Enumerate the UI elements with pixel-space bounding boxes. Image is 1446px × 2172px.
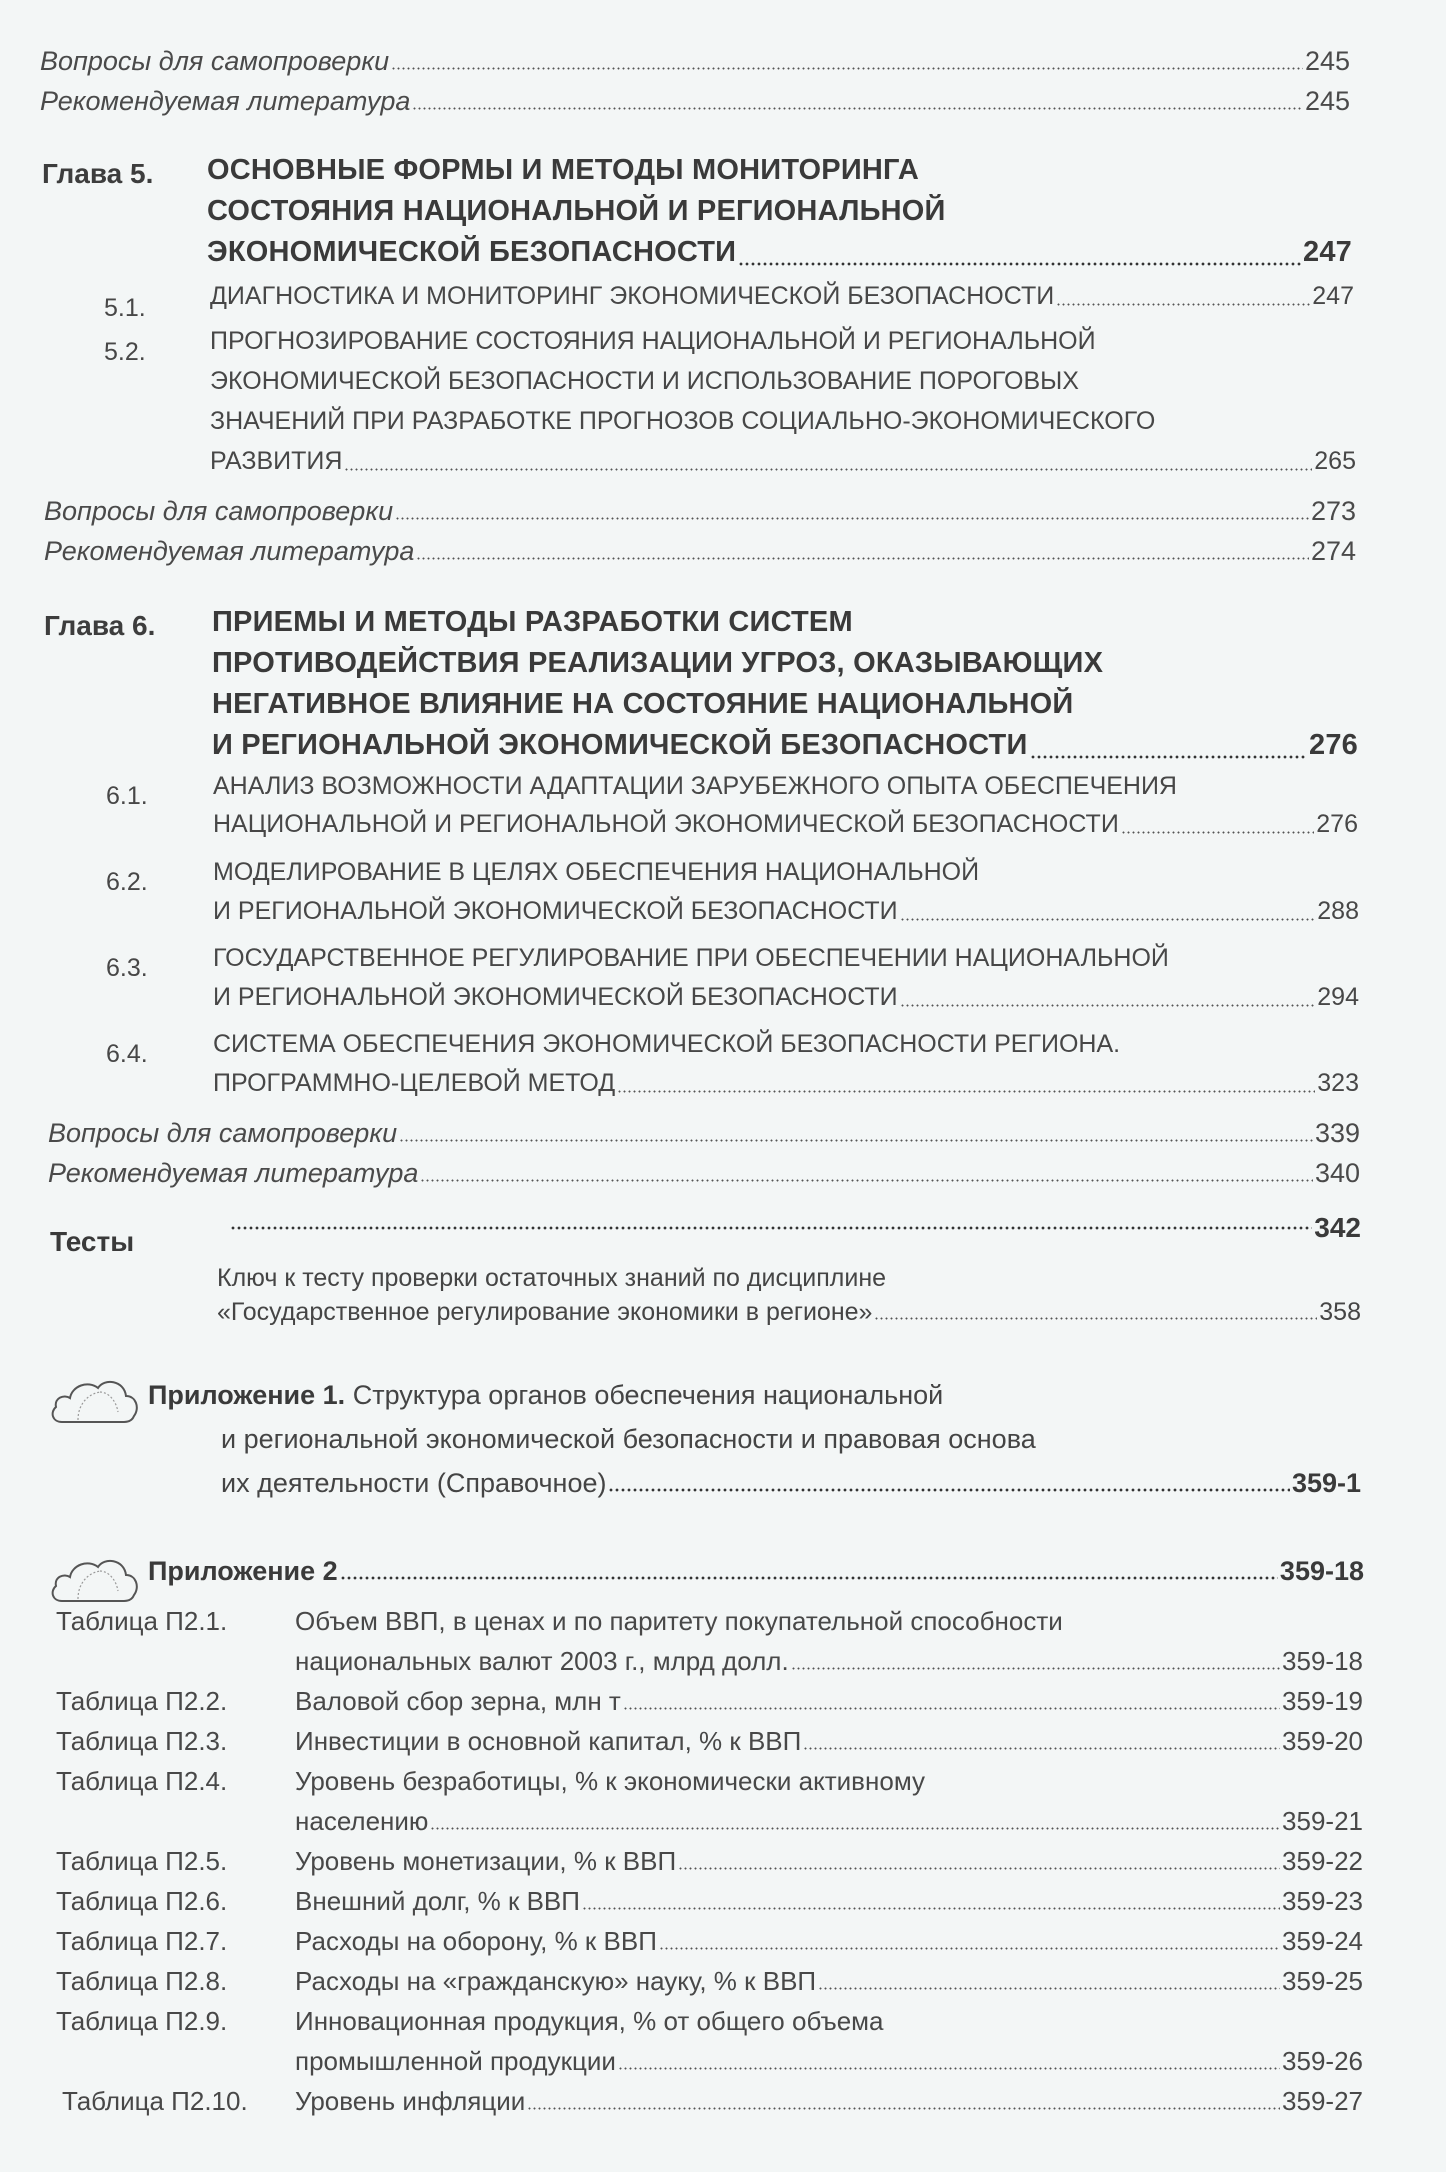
- entry-label: населению: [295, 1806, 428, 1837]
- section-6-4-line-2[interactable]: ПРОГРАММНО-ЦЕЛЕВОЙ МЕТОД 323: [213, 1067, 1359, 1100]
- entry-label: их деятельности (Справочное): [221, 1468, 606, 1499]
- cloud-icon: [48, 1553, 140, 1605]
- appendix-2-label: Приложение 2: [148, 1556, 338, 1587]
- leader-dots: [344, 468, 1312, 471]
- leader-dots: [340, 1576, 1278, 1580]
- page-number: 359-23: [1282, 1886, 1363, 1917]
- entry-label: Уровень инфляции: [295, 2086, 525, 2117]
- table-entry[interactable]: Внешний долг, % к ВВП359-23: [295, 1886, 1363, 1917]
- toc-entry-questions-ch6[interactable]: Вопросы для самопроверки 339: [48, 1118, 1360, 1149]
- chapter-6-label: Глава 6.: [44, 610, 155, 642]
- appendix-1-label: Приложение 1.: [148, 1380, 345, 1410]
- leader-dots: [623, 1707, 1280, 1710]
- page-number: 247: [1312, 280, 1354, 313]
- section-number: 5.2.: [104, 338, 146, 367]
- toc-entry-questions-ch4[interactable]: Вопросы для самопроверки 245: [40, 46, 1350, 77]
- page-number: 358: [1319, 1298, 1361, 1327]
- table-label: Таблица П2.5.: [56, 1846, 227, 1877]
- leader-dots: [395, 517, 1309, 520]
- table-label: Таблица П2.4.: [56, 1766, 227, 1797]
- section-number: 6.4.: [106, 1040, 148, 1069]
- section-number: 6.1.: [106, 782, 148, 811]
- page-number: 323: [1317, 1067, 1359, 1100]
- table-entry-line[interactable]: Уровень безработицы, % к экономически ак…: [295, 1766, 925, 1797]
- leader-dots: [527, 2107, 1280, 2110]
- table-entry[interactable]: Расходы на оборону, % к ВВП359-24: [295, 1926, 1363, 1957]
- tests-label[interactable]: Тесты: [50, 1226, 134, 1258]
- entry-label: ПРОГРАММНО-ЦЕЛЕВОЙ МЕТОД: [213, 1067, 615, 1100]
- leader-dots: [818, 1987, 1280, 1990]
- test-key-line-1[interactable]: Ключ к тесту проверки остаточных знаний …: [217, 1264, 886, 1293]
- page-number: 294: [1317, 981, 1359, 1014]
- leader-dots: [412, 107, 1303, 110]
- cloud-icon: [48, 1374, 140, 1426]
- section-5-2-line-4[interactable]: РАЗВИТИЯ 265: [210, 445, 1356, 478]
- leader-dots: [420, 1179, 1313, 1182]
- section-5-1[interactable]: ДИАГНОСТИКА И МОНИТОРИНГ ЭКОНОМИЧЕСКОЙ Б…: [210, 280, 1354, 313]
- leader-dots: [416, 557, 1309, 560]
- leader-dots: [659, 1947, 1280, 1950]
- page-number: 247: [1303, 232, 1352, 273]
- leader-dots: [399, 1139, 1313, 1142]
- entry-label: Внешний долг, % к ВВП: [295, 1886, 580, 1917]
- appendix-1-line-2[interactable]: и региональной экономической безопасност…: [221, 1424, 1036, 1455]
- page-number: 276: [1309, 725, 1358, 766]
- chapter-6-title-line-4[interactable]: И РЕГИОНАЛЬНОЙ ЭКОНОМИЧЕСКОЙ БЕЗОПАСНОСТ…: [212, 725, 1358, 766]
- page-number: 359-18: [1280, 1556, 1364, 1587]
- page-number: 339: [1315, 1118, 1360, 1149]
- entry-label: «Государственное регулирование экономики…: [217, 1298, 872, 1327]
- table-entry-line[interactable]: Инновационная продукция, % от общего объ…: [295, 2006, 884, 2037]
- page-number: 274: [1311, 536, 1356, 567]
- entry-label: ДИАГНОСТИКА И МОНИТОРИНГ ЭКОНОМИЧЕСКОЙ Б…: [210, 280, 1054, 313]
- section-number: 6.3.: [106, 954, 148, 983]
- table-entry[interactable]: Уровень инфляции359-27: [295, 2086, 1363, 2117]
- leader-dots: [874, 1317, 1317, 1320]
- entry-label: Валовой сбор зерна, млн т: [295, 1686, 621, 1717]
- entry-label: И РЕГИОНАЛЬНОЙ ЭКОНОМИЧЕСКОЙ БЕЗОПАСНОСТ…: [213, 895, 898, 928]
- appendix-1-title: Структура органов обеспечения национальн…: [353, 1380, 944, 1410]
- leader-dots: [391, 67, 1303, 70]
- section-6-3-line-1[interactable]: ГОСУДАРСТВЕННОЕ РЕГУЛИРОВАНИЕ ПРИ ОБЕСПЕ…: [213, 942, 1169, 975]
- leader-dots: [900, 1004, 1316, 1007]
- leader-dots: [230, 1226, 1312, 1230]
- leader-dots: [678, 1867, 1280, 1870]
- tests-entry[interactable]: 342: [228, 1212, 1361, 1244]
- table-entry[interactable]: Уровень монетизации, % к ВВП359-22: [295, 1846, 1363, 1877]
- chapter-6-title-line-2[interactable]: ПРОТИВОДЕЙСТВИЯ РЕАЛИЗАЦИИ УГРОЗ, ОКАЗЫВ…: [212, 643, 1103, 684]
- entry-label: Вопросы для самопроверки: [44, 496, 393, 527]
- entry-label: И РЕГИОНАЛЬНОЙ ЭКОНОМИЧЕСКОЙ БЕЗОПАСНОСТ…: [212, 725, 1028, 766]
- table-label: Таблица П2.2.: [56, 1686, 227, 1717]
- toc-entry-questions-ch5[interactable]: Вопросы для самопроверки 273: [44, 496, 1356, 527]
- table-label: Таблица П2.8.: [56, 1966, 227, 1997]
- table-entry[interactable]: национальных валют 2003 г., млрд долл.35…: [295, 1646, 1363, 1677]
- leader-dots: [900, 918, 1316, 921]
- page-number: 342: [1314, 1212, 1361, 1244]
- table-label: Таблица П2.1.: [56, 1606, 227, 1637]
- leader-dots: [618, 2067, 1280, 2070]
- section-6-1-line-1[interactable]: АНАЛИЗ ВОЗМОЖНОСТИ АДАПТАЦИИ ЗАРУБЕЖНОГО…: [213, 770, 1177, 803]
- entry-label: национальных валют 2003 г., млрд долл.: [295, 1646, 789, 1677]
- page-number: 359-18: [1282, 1646, 1363, 1677]
- table-entry[interactable]: Валовой сбор зерна, млн т359-19: [295, 1686, 1363, 1717]
- section-number: 5.1.: [104, 294, 146, 323]
- page-number: 288: [1317, 895, 1359, 928]
- page-number: 359-21: [1282, 1806, 1363, 1837]
- entry-label: Инвестиции в основной капитал, % к ВВП: [295, 1726, 801, 1757]
- leader-dots: [1030, 755, 1308, 759]
- page-number: 340: [1315, 1158, 1360, 1189]
- toc-entry-literature-ch5[interactable]: Рекомендуемая литература 274: [44, 536, 1356, 567]
- page-number: 245: [1305, 46, 1350, 77]
- chapter-6-title-line-1[interactable]: ПРИЕМЫ И МЕТОДЫ РАЗРАБОТКИ СИСТЕМ: [212, 602, 853, 643]
- leader-dots: [608, 1488, 1289, 1492]
- leader-dots: [582, 1907, 1280, 1910]
- entry-label: Уровень монетизации, % к ВВП: [295, 1846, 676, 1877]
- table-label: Таблица П2.3.: [56, 1726, 227, 1757]
- chapter-5-title-line-2[interactable]: СОСТОЯНИЯ НАЦИОНАЛЬНОЙ И РЕГИОНАЛЬНОЙ: [207, 191, 946, 232]
- appendix-2-entry[interactable]: Приложение 2 359-18: [148, 1556, 1364, 1587]
- section-6-4-line-1[interactable]: СИСТЕМА ОБЕСПЕЧЕНИЯ ЭКОНОМИЧЕСКОЙ БЕЗОПА…: [213, 1028, 1120, 1061]
- page-number: 359-20: [1282, 1726, 1363, 1757]
- table-entry[interactable]: Расходы на «гражданскую» науку, % к ВВП3…: [295, 1966, 1363, 1997]
- section-number: 6.2.: [106, 868, 148, 897]
- entry-label: НАЦИОНАЛЬНОЙ И РЕГИОНАЛЬНОЙ ЭКОНОМИЧЕСКО…: [213, 808, 1119, 841]
- toc-entry-literature-ch6[interactable]: Рекомендуемая литература 340: [48, 1158, 1360, 1189]
- leader-dots: [617, 1090, 1315, 1093]
- test-key-line-2[interactable]: «Государственное регулирование экономики…: [217, 1298, 1361, 1327]
- table-label: Таблица П2.6.: [56, 1886, 227, 1917]
- chapter-6-title-line-3[interactable]: НЕГАТИВНОЕ ВЛИЯНИЕ НА СОСТОЯНИЕ НАЦИОНАЛ…: [212, 684, 1073, 725]
- leader-dots: [430, 1827, 1280, 1830]
- section-5-2-line-1[interactable]: ПРОГНОЗИРОВАНИЕ СОСТОЯНИЯ НАЦИОНАЛЬНОЙ И…: [210, 325, 1096, 358]
- entry-label: Расходы на «гражданскую» науку, % к ВВП: [295, 1966, 816, 1997]
- entry-label: РАЗВИТИЯ: [210, 445, 342, 478]
- entry-label: Расходы на оборону, % к ВВП: [295, 1926, 657, 1957]
- entry-label: И РЕГИОНАЛЬНОЙ ЭКОНОМИЧЕСКОЙ БЕЗОПАСНОСТ…: [213, 981, 898, 1014]
- entry-label: Вопросы для самопроверки: [48, 1118, 397, 1149]
- page-number: 273: [1311, 496, 1356, 527]
- page-number: 359-22: [1282, 1846, 1363, 1877]
- appendix-1-line-3[interactable]: их деятельности (Справочное) 359-1: [221, 1468, 1361, 1499]
- leader-dots: [738, 262, 1301, 266]
- table-label: Таблица П2.10.: [62, 2086, 248, 2117]
- page-number: 276: [1316, 808, 1358, 841]
- chapter-5-title-line-3[interactable]: ЭКОНОМИЧЕСКОЙ БЕЗОПАСНОСТИ 247: [207, 232, 1352, 273]
- page-number: 245: [1305, 86, 1350, 117]
- entry-label: ЭКОНОМИЧЕСКОЙ БЕЗОПАСНОСТИ: [207, 232, 736, 273]
- page-number: 359-24: [1282, 1926, 1363, 1957]
- toc-entry-literature-ch4[interactable]: Рекомендуемая литература 245: [40, 86, 1350, 117]
- section-6-1-line-2[interactable]: НАЦИОНАЛЬНОЙ И РЕГИОНАЛЬНОЙ ЭКОНОМИЧЕСКО…: [213, 808, 1358, 841]
- leader-dots: [1121, 831, 1314, 834]
- appendix-1-line-1[interactable]: Приложение 1. Структура органов обеспече…: [148, 1380, 943, 1411]
- entry-label: Рекомендуемая литература: [44, 536, 414, 567]
- page-number: 359-26: [1282, 2046, 1363, 2077]
- table-label: Таблица П2.7.: [56, 1926, 227, 1957]
- section-6-2-line-1[interactable]: МОДЕЛИРОВАНИЕ В ЦЕЛЯХ ОБЕСПЕЧЕНИЯ НАЦИОН…: [213, 856, 979, 889]
- chapter-5-label: Глава 5.: [42, 158, 153, 190]
- leader-dots: [803, 1747, 1280, 1750]
- page-number: 359-19: [1282, 1686, 1363, 1717]
- entry-label: Рекомендуемая литература: [40, 86, 410, 117]
- entry-label: Вопросы для самопроверки: [40, 46, 389, 77]
- section-5-2-line-3[interactable]: ЗНАЧЕНИЙ ПРИ РАЗРАБОТКЕ ПРОГНОЗОВ СОЦИАЛ…: [210, 405, 1155, 438]
- page-number: 265: [1314, 445, 1356, 478]
- page-number: 359-27: [1282, 2086, 1363, 2117]
- chapter-5-title-line-1[interactable]: ОСНОВНЫЕ ФОРМЫ И МЕТОДЫ МОНИТОРИНГА: [207, 150, 919, 191]
- table-entry-line[interactable]: Объем ВВП, в ценах и по паритету покупат…: [295, 1606, 1063, 1637]
- leader-dots: [1056, 303, 1310, 306]
- section-6-2-line-2[interactable]: И РЕГИОНАЛЬНОЙ ЭКОНОМИЧЕСКОЙ БЕЗОПАСНОСТ…: [213, 895, 1359, 928]
- table-entry[interactable]: Инвестиции в основной капитал, % к ВВП35…: [295, 1726, 1363, 1757]
- table-entry[interactable]: населению359-21: [295, 1806, 1363, 1837]
- toc-page: Вопросы для самопроверки 245 Рекомендуем…: [0, 0, 1446, 2172]
- leader-dots: [791, 1667, 1280, 1670]
- entry-label: промышленной продукции: [295, 2046, 616, 2077]
- entry-label: Рекомендуемая литература: [48, 1158, 418, 1189]
- table-label: Таблица П2.9.: [56, 2006, 227, 2037]
- page-number: 359-25: [1282, 1966, 1363, 1997]
- page-number: 359-1: [1292, 1468, 1361, 1499]
- section-6-3-line-2[interactable]: И РЕГИОНАЛЬНОЙ ЭКОНОМИЧЕСКОЙ БЕЗОПАСНОСТ…: [213, 981, 1359, 1014]
- table-entry[interactable]: промышленной продукции359-26: [295, 2046, 1363, 2077]
- section-5-2-line-2[interactable]: ЭКОНОМИЧЕСКОЙ БЕЗОПАСНОСТИ И ИСПОЛЬЗОВАН…: [210, 365, 1079, 398]
